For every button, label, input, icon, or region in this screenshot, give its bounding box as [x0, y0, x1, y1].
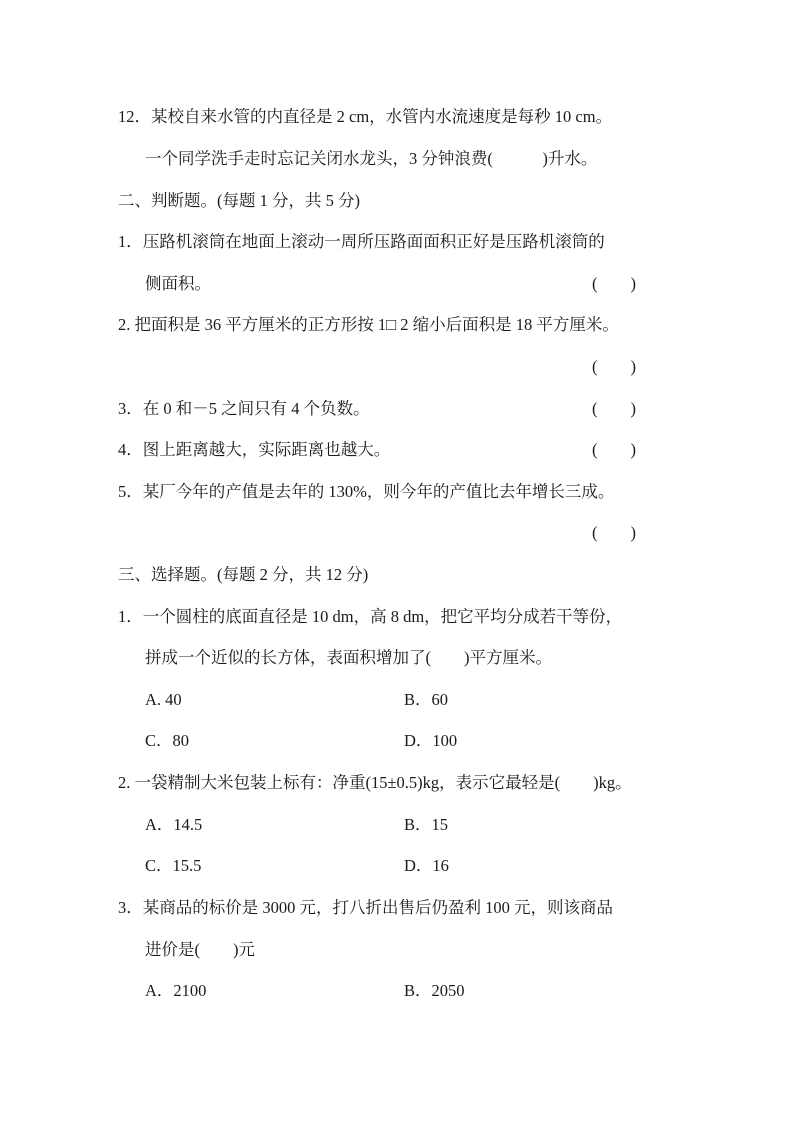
choice-q2-line1: 2. 一袋精制大米包装上标有：净重(15±0.5)kg，表示它最轻是( )kg。 — [118, 773, 632, 793]
choice-q1-option-d[interactable]: D．100 — [404, 731, 457, 751]
choice-q2-option-c[interactable]: C．15.5 — [145, 856, 201, 876]
choice-q3-line2: 进价是( )元 — [145, 940, 255, 960]
judge-q2-line1: 2. 把面积是 36 平方厘米的正方形按 1□ 2 缩小后面积是 18 平方厘米… — [118, 315, 619, 335]
choice-q1-option-a[interactable]: A. 40 — [145, 690, 182, 710]
choice-q2-option-b[interactable]: B．15 — [404, 815, 448, 835]
judge-q4-line1: 4．图上距离越大，实际距离也越大。 — [118, 440, 390, 460]
choice-q2-option-d[interactable]: D．16 — [404, 856, 449, 876]
judge-q4-answer-blank[interactable]: ( ) — [592, 440, 636, 460]
choice-q3-option-a[interactable]: A．2100 — [145, 981, 206, 1001]
choice-q1-option-c[interactable]: C．80 — [145, 731, 189, 751]
choice-q1-option-b[interactable]: B．60 — [404, 690, 448, 710]
section-2-heading: 二、判断题。(每题 1 分，共 5 分) — [118, 191, 360, 211]
judge-q1-answer-blank[interactable]: ( ) — [592, 274, 636, 294]
choice-q2-option-a[interactable]: A．14.5 — [145, 815, 202, 835]
judge-q1-line1: 1．压路机滚筒在地面上滚动一周所压路面面积正好是压路机滚筒的 — [118, 232, 605, 252]
judge-q1-line2: 侧面积。 — [145, 274, 211, 294]
judge-q3-answer-blank[interactable]: ( ) — [592, 399, 636, 419]
judge-q5-line1: 5．某厂今年的产值是去年的 130%，则今年的产值比去年增长三成。 — [118, 482, 614, 502]
choice-q1-line2: 拼成一个近似的长方体，表面积增加了( )平方厘米。 — [145, 648, 552, 668]
question-12-line2: 一个同学洗手走时忘记关闭水龙头，3 分钟浪费( )升水。 — [145, 149, 597, 169]
question-12-line1: 12．某校自来水管的内直径是 2 cm，水管内水流速度是每秒 10 cm。 — [118, 107, 612, 127]
judge-q5-answer-blank[interactable]: ( ) — [592, 523, 636, 543]
judge-q2-answer-blank[interactable]: ( ) — [592, 357, 636, 377]
choice-q3-option-b[interactable]: B．2050 — [404, 981, 465, 1001]
judge-q3-line1: 3．在 0 和－5 之间只有 4 个负数。 — [118, 399, 370, 419]
choice-q3-line1: 3．某商品的标价是 3000 元，打八折出售后仍盈利 100 元，则该商品 — [118, 898, 613, 918]
section-3-heading: 三、选择题。(每题 2 分，共 12 分) — [118, 565, 368, 585]
choice-q1-line1: 1．一个圆柱的底面直径是 10 dm，高 8 dm，把它平均分成若干等份， — [118, 607, 622, 627]
